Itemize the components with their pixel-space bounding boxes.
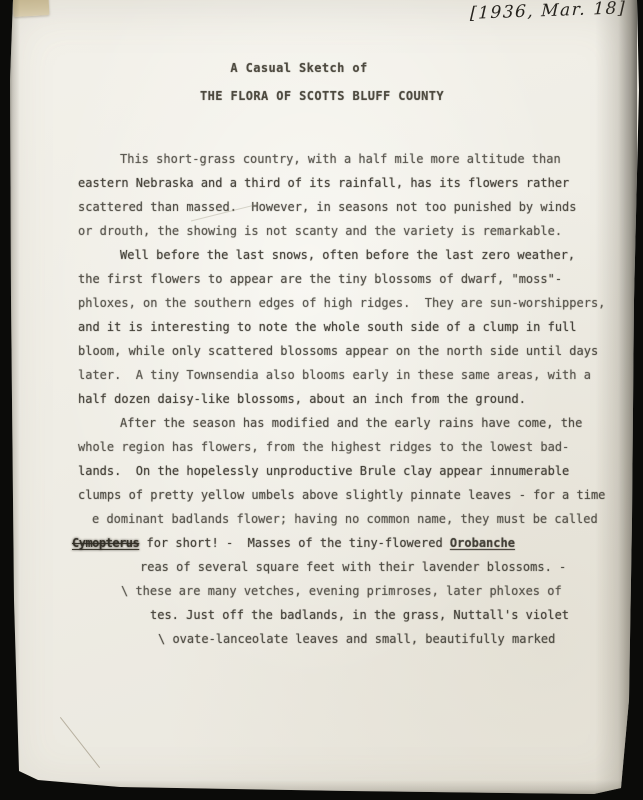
text-line: bloom, while only scattered blossoms app… xyxy=(78,339,626,363)
handwritten-date-annotation: [1936, Mar. 18] xyxy=(470,0,627,24)
text-line: This short-grass country, with a half mi… xyxy=(120,147,626,171)
paper-sheet: [1936, Mar. 18] A Casual Sketch of THE F… xyxy=(0,0,643,800)
scanned-page: [1936, Mar. 18] A Casual Sketch of THE F… xyxy=(0,0,643,800)
document-title: A Casual Sketch of THE FLORA OF SCOTTS B… xyxy=(78,54,566,110)
text-line: \ these are many vetches, evening primro… xyxy=(121,579,626,603)
tape-stain xyxy=(13,0,50,17)
text-line: reas of several square feet with their l… xyxy=(140,555,626,579)
text-line: or drouth, the showing is not scanty and… xyxy=(78,219,626,243)
paper-edge-shadow-left xyxy=(9,0,20,800)
text-line: lands. On the hopelessly unproductive Br… xyxy=(78,459,626,483)
text-line: the first flowers to appear are the tiny… xyxy=(78,267,626,291)
species-name: Cymopterus xyxy=(72,536,139,550)
text-line: Cymopterus for short! - Masses of the ti… xyxy=(72,531,626,555)
text-line: clumps of pretty yellow umbels above sli… xyxy=(78,483,626,507)
text-line: whole region has flowers, from the highe… xyxy=(78,435,626,459)
text-line: \ ovate-lanceolate leaves and small, bea… xyxy=(158,627,626,651)
text-line: phloxes, on the southern edges of high r… xyxy=(78,291,626,315)
species-name: Orobanche xyxy=(450,536,515,550)
title-line-1: A Casual Sketch of xyxy=(55,54,543,82)
text-line: After the season has modified and the ea… xyxy=(120,411,626,435)
paper-edge-shadow-bottom xyxy=(0,780,643,796)
text-line: and it is interesting to note the whole … xyxy=(78,315,626,339)
text-line: scattered than massed. However, in seaso… xyxy=(78,195,626,219)
text-line: e dominant badlands flower; having no co… xyxy=(92,507,626,531)
text-line: half dozen daisy-like blossoms, about an… xyxy=(78,387,626,411)
title-line-2: THE FLORA OF SCOTTS BLUFF COUNTY xyxy=(78,82,566,110)
text-line: Well before the last snows, often before… xyxy=(120,243,626,267)
fold-crease xyxy=(60,717,100,768)
text-line: later. A tiny Townsendia also blooms ear… xyxy=(78,363,626,387)
body-text: This short-grass country, with a half mi… xyxy=(78,147,626,651)
text-line: eastern Nebraska and a third of its rain… xyxy=(78,171,626,195)
text-line: tes. Just off the badlands, in the grass… xyxy=(150,603,626,627)
